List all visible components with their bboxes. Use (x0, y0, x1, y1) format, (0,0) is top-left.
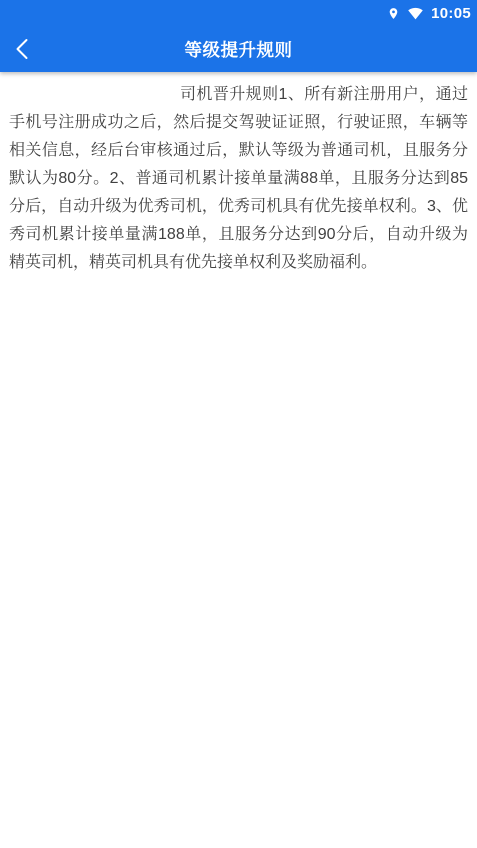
status-time: 10:05 (431, 5, 471, 22)
header-area: 10:05 等级提升规则 (0, 0, 477, 72)
rules-paragraph: 司机晋升规则1、所有新注册用户，通过手机号注册成功之后，然后提交驾驶证证照，行驶… (9, 81, 468, 277)
page-title: 等级提升规则 (185, 37, 293, 62)
content-area: 司机晋升规则1、所有新注册用户，通过手机号注册成功之后，然后提交驾驶证证照，行驶… (0, 72, 477, 277)
location-icon (387, 6, 400, 21)
wifi-icon (406, 6, 425, 21)
app-bar: 等级提升规则 (0, 26, 477, 72)
status-bar: 10:05 (0, 0, 477, 26)
chevron-left-icon (15, 38, 29, 60)
back-button[interactable] (6, 33, 38, 65)
app-screen: 10:05 等级提升规则 司机晋升规则1、所有新注册用户，通过手机号注册成功之后… (0, 0, 477, 848)
